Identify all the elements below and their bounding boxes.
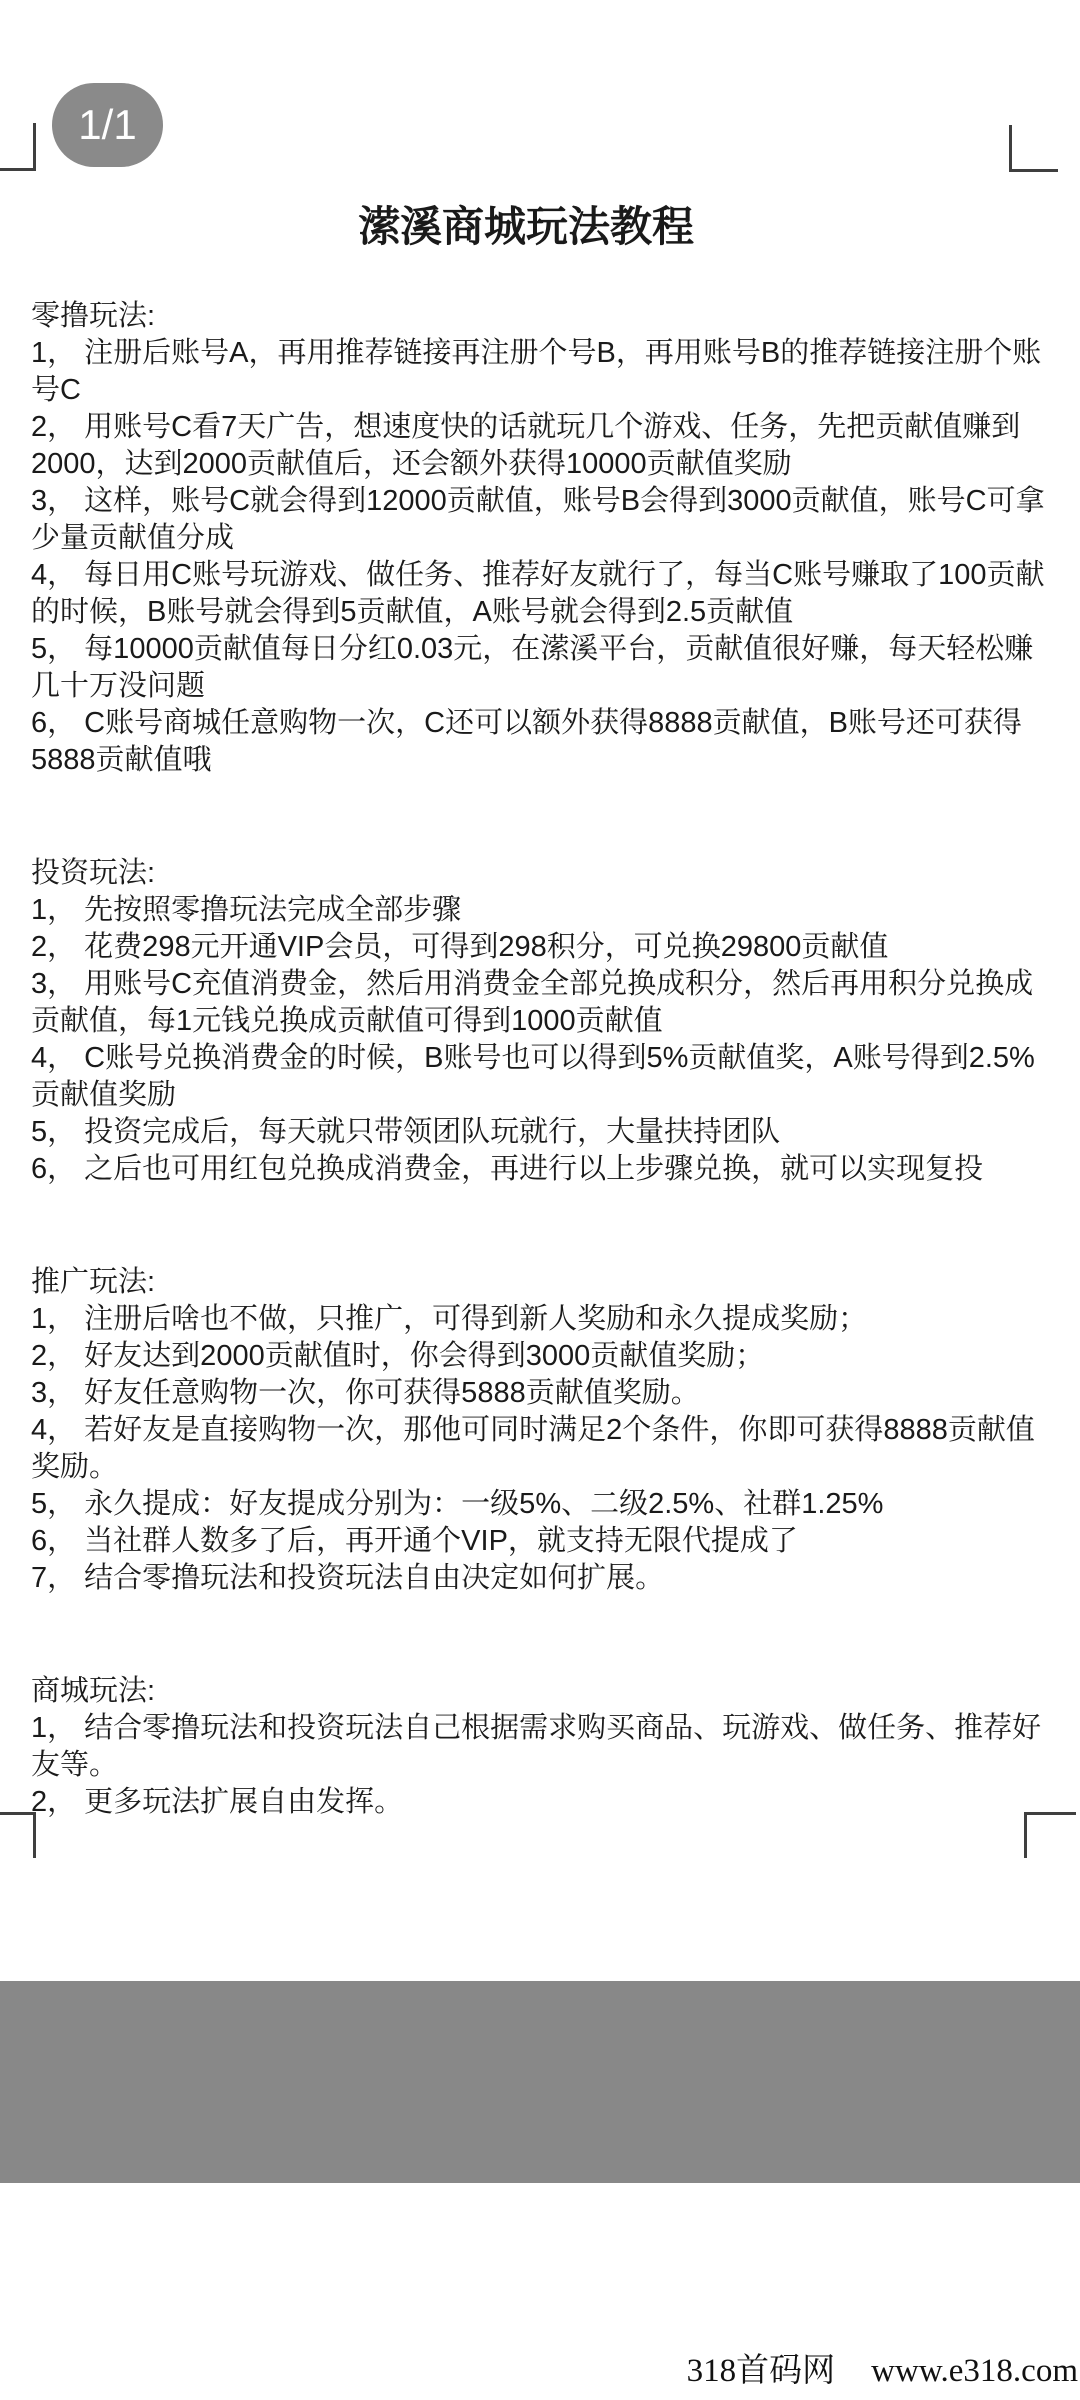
section-item: 6， 之后也可用红包兑换成消费金，再进行以上步骤兑换，就可以实现复投 <box>31 1151 1046 1188</box>
page-corner-mark-top-right <box>1009 125 1058 172</box>
bottom-gray-band <box>0 1981 1080 2183</box>
section-heading: 商城玩法: <box>31 1673 1046 1710</box>
section-block: 商城玩法:1， 结合零撸玩法和投资玩法自己根据需求购买商品、玩游戏、做任务、推荐… <box>31 1673 1046 1821</box>
section-item: 1， 结合零撸玩法和投资玩法自己根据需求购买商品、玩游戏、做任务、推荐好友等。 <box>31 1710 1046 1784</box>
section-heading: 投资玩法: <box>31 855 1046 892</box>
section-item: 2， 花费298元开通VIP会员，可得到298积分，可兑换29800贡献值 <box>31 929 1046 966</box>
section-item: 2， 用账号C看7天广告，想速度快的话就玩几个游戏、任务，先把贡献值赚到2000… <box>31 409 1046 483</box>
page-indicator-text: 1/1 <box>78 104 136 146</box>
tutorial-content: 零撸玩法:1， 注册后账号A，再用推荐链接再注册个号B，再用账号B的推荐链接注册… <box>31 298 1046 1821</box>
section-item: 4， 每日用C账号玩游戏、做任务、推荐好友就行了，每当C账号赚取了100贡献的时… <box>31 557 1046 631</box>
section-item: 1， 注册后账号A，再用推荐链接再注册个号B，再用账号B的推荐链接注册个账号C <box>31 335 1046 409</box>
section-item: 4， C账号兑换消费金的时候，B账号也可以得到5%贡献值奖，A账号得到2.5%贡… <box>31 1040 1046 1114</box>
section-item: 1， 先按照零撸玩法完成全部步骤 <box>31 892 1046 929</box>
section-item: 5， 投资完成后，每天就只带领团队玩就行，大量扶持团队 <box>31 1114 1046 1151</box>
page-title: 潆溪商城玩法教程 <box>0 203 1052 251</box>
section-item: 7， 结合零撸玩法和投资玩法自由决定如何扩展。 <box>31 1560 1046 1597</box>
watermark-site-name: 318首码网 <box>687 2353 836 2389</box>
section-item: 3， 好友任意购物一次，你可获得5888贡献值奖励。 <box>31 1375 1046 1412</box>
section-item: 2， 更多玩法扩展自由发挥。 <box>31 1784 1046 1821</box>
section-item: 3， 这样，账号C就会得到12000贡献值，账号B会得到3000贡献值，账号C可… <box>31 483 1046 557</box>
section-heading: 推广玩法: <box>31 1264 1046 1301</box>
section-item: 4， 若好友是直接购物一次，那他可同时满足2个条件，你即可获得8888贡献值奖励… <box>31 1412 1046 1486</box>
section-item: 5， 每10000贡献值每日分红0.03元，在潆溪平台，贡献值很好赚，每天轻松赚… <box>31 631 1046 705</box>
section-block: 投资玩法:1， 先按照零撸玩法完成全部步骤2， 花费298元开通VIP会员，可得… <box>31 855 1046 1188</box>
section-item: 3， 用账号C充值消费金，然后用消费金全部兑换成积分，然后再用积分兑换成贡献值，… <box>31 966 1046 1040</box>
section-block: 推广玩法:1， 注册后啥也不做，只推广，可得到新人奖励和永久提成奖励；2， 好友… <box>31 1264 1046 1597</box>
watermark-site-url: www.e318.com <box>871 2353 1078 2389</box>
page-indicator-badge: 1/1 <box>52 83 163 167</box>
section-item: 5， 永久提成：好友提成分别为：一级5%、二级2.5%、社群1.25% <box>31 1486 1046 1523</box>
section-item: 6， 当社群人数多了后，再开通个VIP，就支持无限代提成了 <box>31 1523 1046 1560</box>
section-item: 6， C账号商城任意购物一次，C还可以额外获得8888贡献值，B账号还可获得58… <box>31 705 1046 779</box>
section-heading: 零撸玩法: <box>31 298 1046 335</box>
watermark-footer: 318首码网www.e318.com <box>687 2352 1078 2392</box>
section-item: 1， 注册后啥也不做，只推广，可得到新人奖励和永久提成奖励； <box>31 1301 1046 1338</box>
section-block: 零撸玩法:1， 注册后账号A，再用推荐链接再注册个号B，再用账号B的推荐链接注册… <box>31 298 1046 779</box>
section-item: 2， 好友达到2000贡献值时，你会得到3000贡献值奖励； <box>31 1338 1046 1375</box>
page-corner-mark-top-left <box>0 123 36 171</box>
